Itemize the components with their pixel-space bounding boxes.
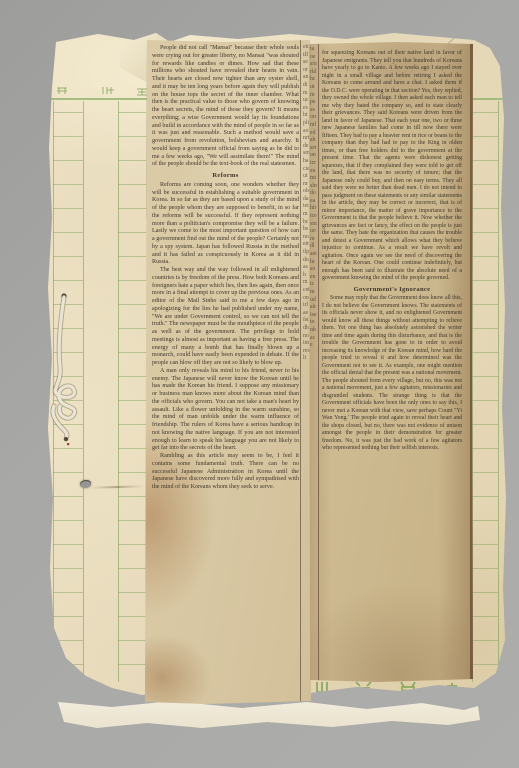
string-hole-bottom [64, 437, 68, 441]
printed-column-rule [318, 42, 319, 682]
section-heading-governments-ignorance: Government's Ignorance [322, 286, 462, 294]
ledger-header-mark-icon [102, 86, 115, 95]
ledger-header-mark-icon [136, 87, 148, 96]
photo-of-scrapbook-page: { "photo": { "background_color": "#a7a7a… [0, 0, 519, 768]
adjacent-column-fragments: ehtlfseorandimuceshtpliaonrtdesmhacieutn… [303, 44, 310, 702]
deckle-edge-sheet [52, 698, 480, 730]
adjacent-column-fragments: taoesinrldhcutmpeasoirntledahsetonicreum… [310, 46, 317, 680]
article-paragraph: for squeezing Koreans out of their nativ… [322, 50, 462, 283]
article-paragraph: Reforms are coming soon, one wonders whe… [152, 182, 299, 267]
ledger-row-ticks [472, 112, 498, 670]
section-heading-reforms: Reforms [152, 172, 299, 180]
newspaper-clipping-left: People did not call "Mansai" because the… [145, 40, 312, 704]
article-paragraph: Some may reply that the Government does … [322, 295, 462, 453]
article-paragraph: Rambling as this article may seem to be,… [152, 453, 299, 492]
ledger-header-mark-icon [56, 86, 68, 95]
newspaper-clipping-right: for squeezing Koreans out of their nativ… [309, 42, 473, 682]
red-ink-speck [67, 443, 69, 445]
binding-string [42, 288, 90, 450]
ledger-row-ticks [118, 112, 146, 670]
ledger-vertical-line [498, 101, 499, 682]
article-paragraph: The best way and the way followed in all… [152, 267, 299, 368]
article-paragraph: People did not call "Mansai" because the… [152, 45, 299, 169]
printed-column-rule [300, 40, 301, 704]
article-paragraph: A man only reveals his mind to his frien… [152, 368, 299, 453]
